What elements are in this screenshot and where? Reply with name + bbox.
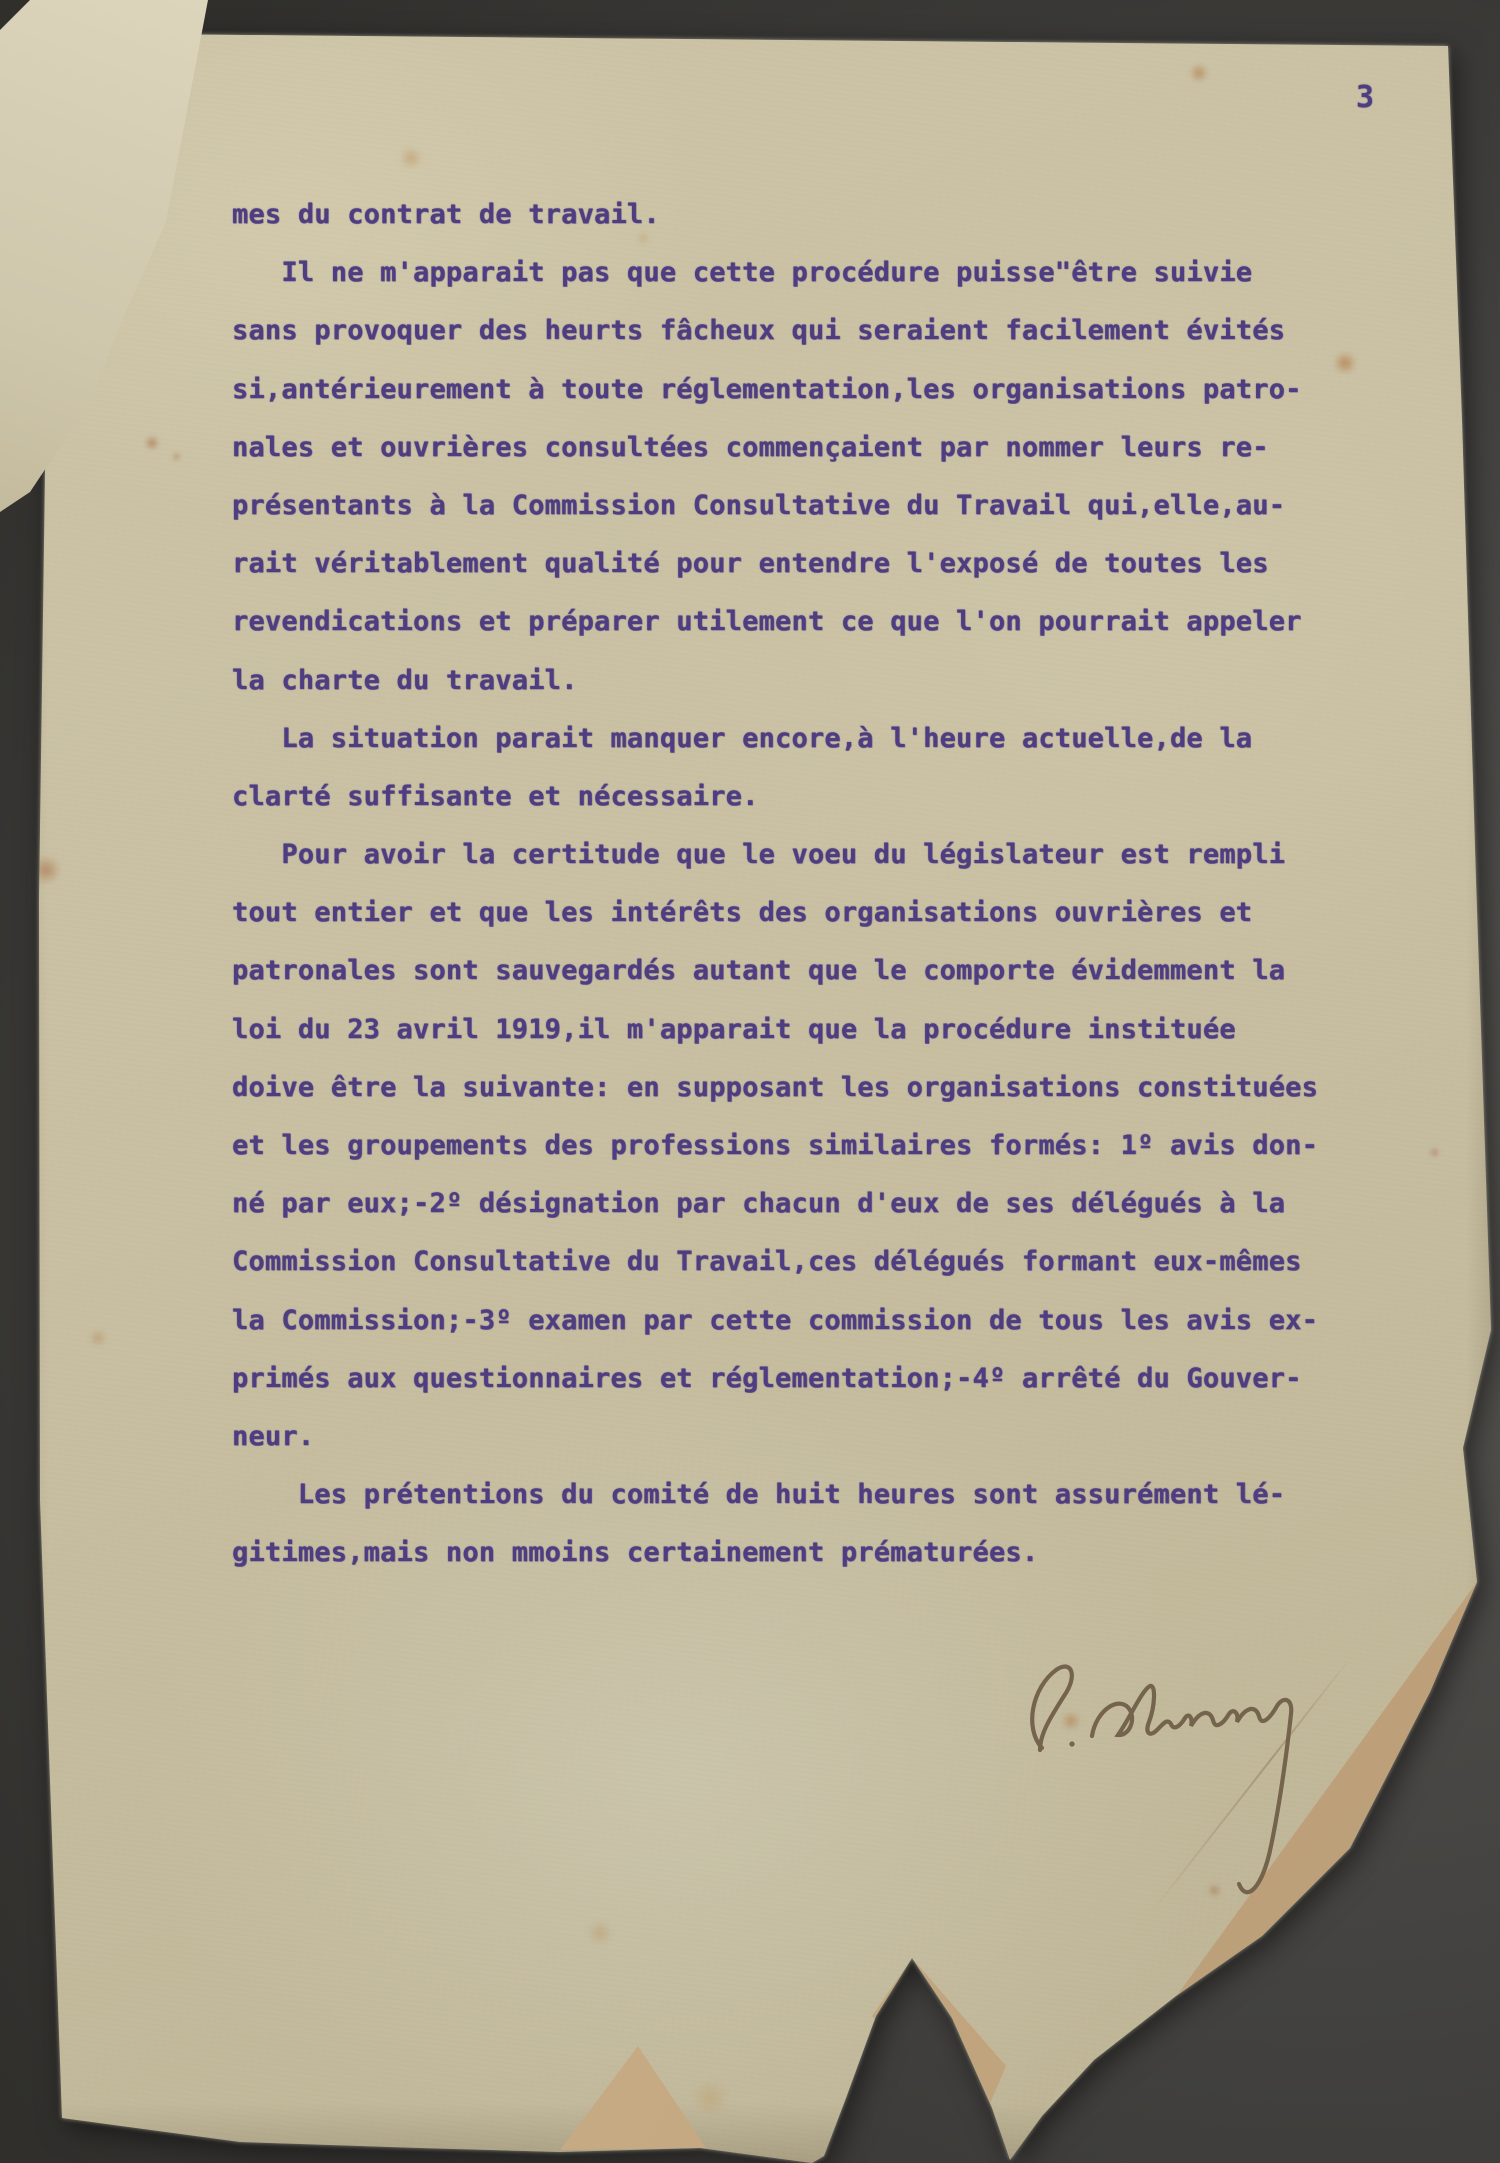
typed-line: tout entier et que les intérêts des orga… — [232, 884, 1392, 942]
typed-line: doive être la suivante: en supposant les… — [232, 1059, 1392, 1117]
typed-line: Pour avoir la certitude que le voeu du l… — [232, 826, 1392, 884]
stain — [88, 1330, 108, 1346]
signature-dot — [1069, 1741, 1074, 1746]
typed-line: clarté suffisante et nécessaire. — [232, 768, 1392, 826]
stain — [1060, 1712, 1082, 1730]
typed-line: Commission Consultative du Travail,ces d… — [232, 1233, 1392, 1291]
typed-line: loi du 23 avril 1919,il m'apparait que l… — [232, 1001, 1392, 1059]
typewritten-text: mes du contrat de travail. Il ne m'appar… — [232, 186, 1392, 1583]
stain — [20, 1038, 38, 1054]
document-page: 3 mes du contrat de travail. Il ne m'app… — [0, 0, 1500, 2163]
typed-line: sans provoquer des heurts fâcheux qui se… — [232, 302, 1392, 360]
typed-line: gitimes,mais non mmoins certainement pré… — [232, 1524, 1392, 1582]
typed-line: Il ne m'apparait pas que cette procédure… — [232, 244, 1392, 302]
typed-line: si,antérieurement à toute réglementation… — [232, 361, 1392, 419]
fold-crease — [1149, 1654, 1354, 1915]
typed-line: la Commission;-3º examen par cette commi… — [232, 1292, 1392, 1350]
stain — [1430, 1148, 1439, 1157]
typed-line: et les groupements des professions simil… — [232, 1117, 1392, 1175]
typed-line: présentants à la Commission Consultative… — [232, 477, 1392, 535]
typed-line: neur. — [232, 1408, 1392, 1466]
typed-line: Les prétentions du comité de huit heures… — [232, 1466, 1392, 1524]
stain — [1208, 1884, 1221, 1897]
typed-line: la charte du travail. — [232, 652, 1392, 710]
page-number: 3 — [1356, 80, 1374, 115]
stain — [172, 452, 181, 461]
typed-line: revendications et préparer utilement ce … — [232, 593, 1392, 651]
stain — [398, 148, 424, 168]
photograph-background: 3 mes du contrat de travail. Il ne m'app… — [0, 0, 1500, 2163]
stain — [144, 436, 160, 450]
typed-line: primés aux questionnaires et réglementat… — [232, 1350, 1392, 1408]
stain — [584, 1922, 616, 1944]
typed-line: rait véritablement qualité pour entendre… — [232, 535, 1392, 593]
typed-line: mes du contrat de travail. — [232, 186, 1392, 244]
signature: L. Adriani — [1000, 1648, 1360, 1938]
stain — [688, 2082, 732, 2114]
typed-line: La situation parait manquer encore,à l'h… — [232, 710, 1392, 768]
typed-line: né par eux;-2º désignation par chacun d'… — [232, 1175, 1392, 1233]
stain — [30, 856, 62, 884]
typed-line: nales et ouvrières consultées commençaie… — [232, 419, 1392, 477]
signature-initial — [1032, 1667, 1072, 1750]
signature-name — [1092, 1686, 1291, 1892]
stain — [1188, 64, 1210, 82]
stain — [902, 2038, 913, 2049]
typed-line: patronales sont sauvegardés autant que l… — [232, 942, 1392, 1000]
